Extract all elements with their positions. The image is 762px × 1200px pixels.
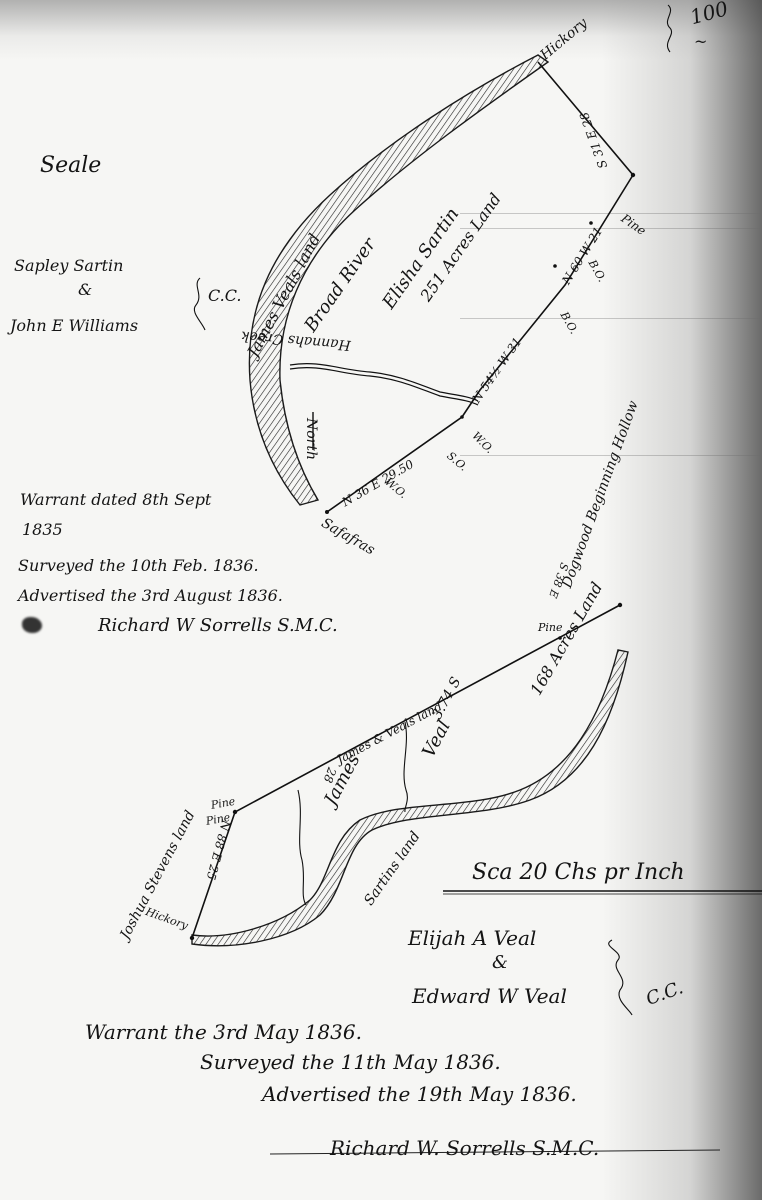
- upper-surveyed: Surveyed the 10th Feb. 1836.: [18, 558, 259, 574]
- upper-advertised: Advertised the 3rd August 1836.: [18, 588, 283, 604]
- broad-river-lower: [192, 650, 628, 946]
- scale-label: Sca 20 Chs pr Inch: [472, 862, 685, 884]
- chain-carrier-amp: &: [78, 282, 92, 298]
- hannahs-creek: [290, 364, 478, 401]
- lower-surveyed: Surveyed the 11th May 1836.: [200, 1052, 501, 1072]
- brace-cc-upper: [194, 278, 205, 330]
- margin-mark: ~: [694, 34, 707, 50]
- ink-blot: [22, 617, 42, 633]
- chain-carrier-1: Sapley Sartin: [14, 258, 123, 274]
- heading-seale: Seale: [40, 155, 101, 177]
- chain-carrier-2: John E Williams: [10, 318, 138, 334]
- lower-chain-carrier-1: Elijah A Veal: [408, 928, 536, 948]
- lower-signature: Richard W. Sorrells S.M.C.: [330, 1138, 599, 1158]
- lower-chain-carrier-amp: &: [492, 954, 508, 972]
- division-line-2: [404, 722, 407, 812]
- lower-warrant: Warrant the 3rd May 1836.: [85, 1022, 362, 1042]
- lower-advertised: Advertised the 19th May 1836.: [262, 1084, 577, 1104]
- chain-carrier-label: C.C.: [208, 288, 242, 304]
- upper-warrant-year: 1835: [22, 522, 63, 538]
- brace-cc-lower: [609, 940, 632, 1015]
- brace-margin: [667, 5, 671, 52]
- division-line-1: [298, 790, 306, 905]
- survey-document-page: 100 ~ Seale Sapley Sartin & John E Willi…: [0, 0, 762, 1200]
- upper-signature: Richard W Sorrells S.M.C.: [98, 617, 338, 635]
- lower-chain-carrier-2: Edward W Veal: [412, 986, 567, 1006]
- north-label: North: [304, 418, 318, 460]
- upper-warrant: Warrant dated 8th Sept: [20, 492, 211, 508]
